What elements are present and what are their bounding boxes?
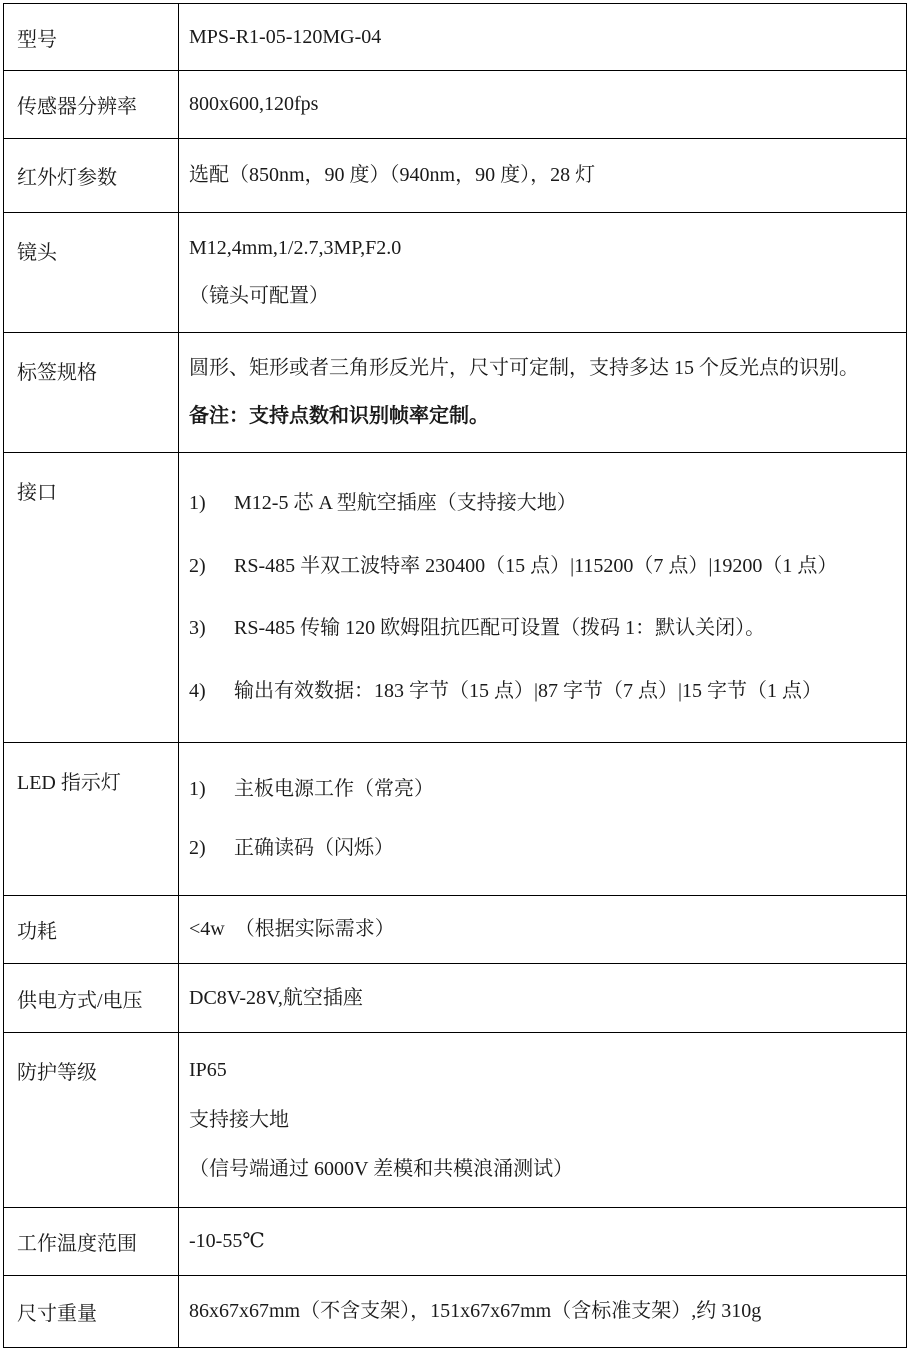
spec-value: M12,4mm,1/2.7,3MP,F2.0（镜头可配置） <box>179 213 906 332</box>
spec-text: 圆形、矩形或者三角形反光片，尺寸可定制，支持多达 15 个反光点的识别。 <box>189 357 859 379</box>
spec-text-line: 800x600,120fps <box>189 92 898 117</box>
spec-text: M12,4mm,1/2.7,3MP,F2.0 <box>189 237 401 259</box>
spec-label: 红外灯参数 <box>4 139 179 212</box>
table-row: 工作温度范围-10-55℃ <box>4 1208 906 1276</box>
spec-value: 选配（850nm，90 度）（940nm，90 度），28 灯 <box>179 139 906 212</box>
spec-label: LED 指示灯 <box>4 743 179 895</box>
spec-text: （信号端通过 6000V 差模和共模浪涌测试） <box>189 1158 573 1180</box>
spec-text-line: 86x67x67mm（不含支架），151x67x67mm（含标准支架）,约 31… <box>189 1299 898 1324</box>
spec-text-line: IP65 <box>189 1058 898 1083</box>
table-row: 接口1)M12-5 芯 A 型航空插座（支持接大地）2)RS-485 半双工波特… <box>4 453 906 743</box>
spec-text: M12-5 芯 A 型航空插座（支持接大地） <box>234 492 577 514</box>
spec-text: 备注：支持点数和识别帧率定制。 <box>189 405 489 427</box>
spec-label: 功耗 <box>4 896 179 963</box>
spec-list-item: 2)正确读码（闪烁） <box>189 836 898 861</box>
spec-value: <4w （根据实际需求） <box>179 896 906 963</box>
spec-text: 支持接大地 <box>189 1109 289 1131</box>
spec-value: IP65支持接大地（信号端通过 6000V 差模和共模浪涌测试） <box>179 1033 906 1207</box>
spec-label: 标签规格 <box>4 333 179 452</box>
spec-label: 供电方式/电压 <box>4 964 179 1032</box>
spec-label: 型号 <box>4 4 179 70</box>
spec-text: （镜头可配置） <box>189 285 329 307</box>
spec-text: RS-485 传输 120 欧姆阻抗匹配可设置（拨码 1：默认关闭）。 <box>234 617 765 639</box>
spec-value: MPS-R1-05-120MG-04 <box>179 4 906 70</box>
spec-text: 800x600,120fps <box>189 93 318 115</box>
table-row: 传感器分辨率800x600,120fps <box>4 71 906 139</box>
spec-value: 800x600,120fps <box>179 71 906 138</box>
spec-text-line: （信号端通过 6000V 差模和共模浪涌测试） <box>189 1157 898 1182</box>
spec-label: 工作温度范围 <box>4 1208 179 1275</box>
spec-label: 防护等级 <box>4 1033 179 1207</box>
spec-label: 传感器分辨率 <box>4 71 179 138</box>
table-row: LED 指示灯1)主板电源工作（常亮）2)正确读码（闪烁） <box>4 743 906 896</box>
list-number: 2) <box>189 836 234 861</box>
spec-value: 86x67x67mm（不含支架），151x67x67mm（含标准支架）,约 31… <box>179 1276 906 1347</box>
spec-list-item: 2)RS-485 半双工波特率 230400（15 点）|115200（7 点）… <box>189 554 898 579</box>
list-number: 3) <box>189 616 234 641</box>
spec-value: DC8V-28V,航空插座 <box>179 964 906 1032</box>
table-row: 防护等级IP65支持接大地（信号端通过 6000V 差模和共模浪涌测试） <box>4 1033 906 1208</box>
spec-text: IP65 <box>189 1059 227 1081</box>
spec-text-line: 圆形、矩形或者三角形反光片，尺寸可定制，支持多达 15 个反光点的识别。 <box>189 356 898 381</box>
spec-text-line: -10-55℃ <box>189 1229 898 1254</box>
spec-text-line: 备注：支持点数和识别帧率定制。 <box>189 404 898 429</box>
spec-table: 型号MPS-R1-05-120MG-04传感器分辨率800x600,120fps… <box>3 3 907 1348</box>
list-number: 4) <box>189 679 234 704</box>
table-row: 标签规格圆形、矩形或者三角形反光片，尺寸可定制，支持多达 15 个反光点的识别。… <box>4 333 906 453</box>
table-row: 型号MPS-R1-05-120MG-04 <box>4 4 906 71</box>
spec-value: -10-55℃ <box>179 1208 906 1275</box>
spec-text: DC8V-28V,航空插座 <box>189 987 363 1009</box>
table-row: 尺寸重量86x67x67mm（不含支架），151x67x67mm（含标准支架）,… <box>4 1276 906 1347</box>
spec-text: 选配（850nm，90 度）（940nm，90 度），28 灯 <box>189 164 595 186</box>
table-row: 供电方式/电压DC8V-28V,航空插座 <box>4 964 906 1033</box>
spec-text-line: 选配（850nm，90 度）（940nm，90 度），28 灯 <box>189 163 898 188</box>
spec-text-line: <4w （根据实际需求） <box>189 917 898 942</box>
spec-text-line: （镜头可配置） <box>189 284 898 309</box>
spec-text: 主板电源工作（常亮） <box>234 778 434 800</box>
spec-list-item: 1)主板电源工作（常亮） <box>189 777 898 802</box>
spec-value: 1)M12-5 芯 A 型航空插座（支持接大地）2)RS-485 半双工波特率 … <box>179 453 906 742</box>
spec-value: 1)主板电源工作（常亮）2)正确读码（闪烁） <box>179 743 906 895</box>
spec-text: MPS-R1-05-120MG-04 <box>189 26 381 48</box>
spec-text: 输出有效数据：183 字节（15 点）|87 字节（7 点）|15 字节（1 点… <box>234 680 822 702</box>
spec-list-item: 4)输出有效数据：183 字节（15 点）|87 字节（7 点）|15 字节（1… <box>189 679 898 704</box>
table-row: 镜头M12,4mm,1/2.7,3MP,F2.0（镜头可配置） <box>4 213 906 333</box>
list-number: 2) <box>189 554 234 579</box>
spec-text: <4w （根据实际需求） <box>189 918 395 940</box>
spec-text: 86x67x67mm（不含支架），151x67x67mm（含标准支架）,约 31… <box>189 1300 761 1322</box>
spec-text: -10-55℃ <box>189 1230 265 1252</box>
spec-list-item: 1)M12-5 芯 A 型航空插座（支持接大地） <box>189 491 898 516</box>
spec-value: 圆形、矩形或者三角形反光片，尺寸可定制，支持多达 15 个反光点的识别。备注：支… <box>179 333 906 452</box>
list-number: 1) <box>189 777 234 802</box>
spec-text: RS-485 半双工波特率 230400（15 点）|115200（7 点）|1… <box>234 555 837 577</box>
spec-list-item: 3)RS-485 传输 120 欧姆阻抗匹配可设置（拨码 1：默认关闭）。 <box>189 616 898 641</box>
spec-text-line: DC8V-28V,航空插座 <box>189 986 898 1011</box>
spec-label: 镜头 <box>4 213 179 332</box>
spec-text: 正确读码（闪烁） <box>234 837 394 859</box>
table-row: 功耗<4w （根据实际需求） <box>4 896 906 964</box>
spec-text-line: 支持接大地 <box>189 1108 898 1133</box>
spec-label: 接口 <box>4 453 179 742</box>
spec-text-line: M12,4mm,1/2.7,3MP,F2.0 <box>189 236 898 261</box>
list-number: 1) <box>189 491 234 516</box>
spec-label: 尺寸重量 <box>4 1276 179 1347</box>
spec-text-line: MPS-R1-05-120MG-04 <box>189 25 898 50</box>
table-row: 红外灯参数选配（850nm，90 度）（940nm，90 度），28 灯 <box>4 139 906 213</box>
